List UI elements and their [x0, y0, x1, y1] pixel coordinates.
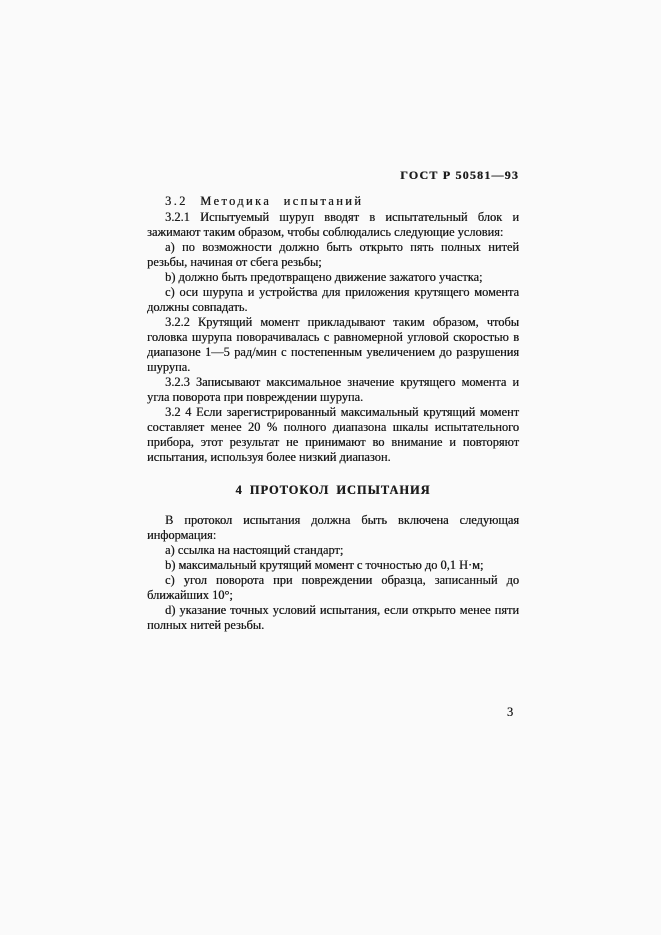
paragraph: 3.2.2 Крутящий момент прикладывают таким…	[147, 315, 519, 375]
document-code-header: ГОСТ Р 50581—93	[147, 168, 519, 183]
paragraph: 3.2.1 Испытуемый шуруп вводят в испытате…	[147, 210, 519, 240]
paragraph: a) ссылка на настоящий стандарт;	[147, 543, 519, 558]
paragraph: c) оси шурупа и устройства для приложени…	[147, 285, 519, 315]
paragraph: 3.2.3 Записывают максимальное значение к…	[147, 375, 519, 405]
paragraph: 3.2 4 Если зарегистрированный максимальн…	[147, 405, 519, 465]
document-body: 3.2 Методика испытаний3.2.1 Испытуемый ш…	[147, 194, 519, 633]
center-heading: 4 ПРОТОКОЛ ИСПЫТАНИЯ	[147, 483, 519, 498]
paragraph: d) указание точных условий испытания, ес…	[147, 603, 519, 633]
scanned-document-page: ГОСТ Р 50581—93 3.2 Методика испытаний3.…	[0, 0, 661, 935]
paragraph: c) угол поворота при повреждении образца…	[147, 573, 519, 603]
page-number: 3	[503, 705, 517, 720]
paragraph: b) должно быть предотвращено движение за…	[147, 270, 519, 285]
subheading: 3.2 Методика испытаний	[147, 194, 519, 209]
paragraph: b) максимальный крутящий момент с точнос…	[147, 558, 519, 573]
page-content: ГОСТ Р 50581—93 3.2 Методика испытаний3.…	[147, 168, 519, 633]
paragraph: В протокол испытания должна быть включен…	[147, 513, 519, 543]
paragraph: a) по возможности должно быть открыто пя…	[147, 240, 519, 270]
